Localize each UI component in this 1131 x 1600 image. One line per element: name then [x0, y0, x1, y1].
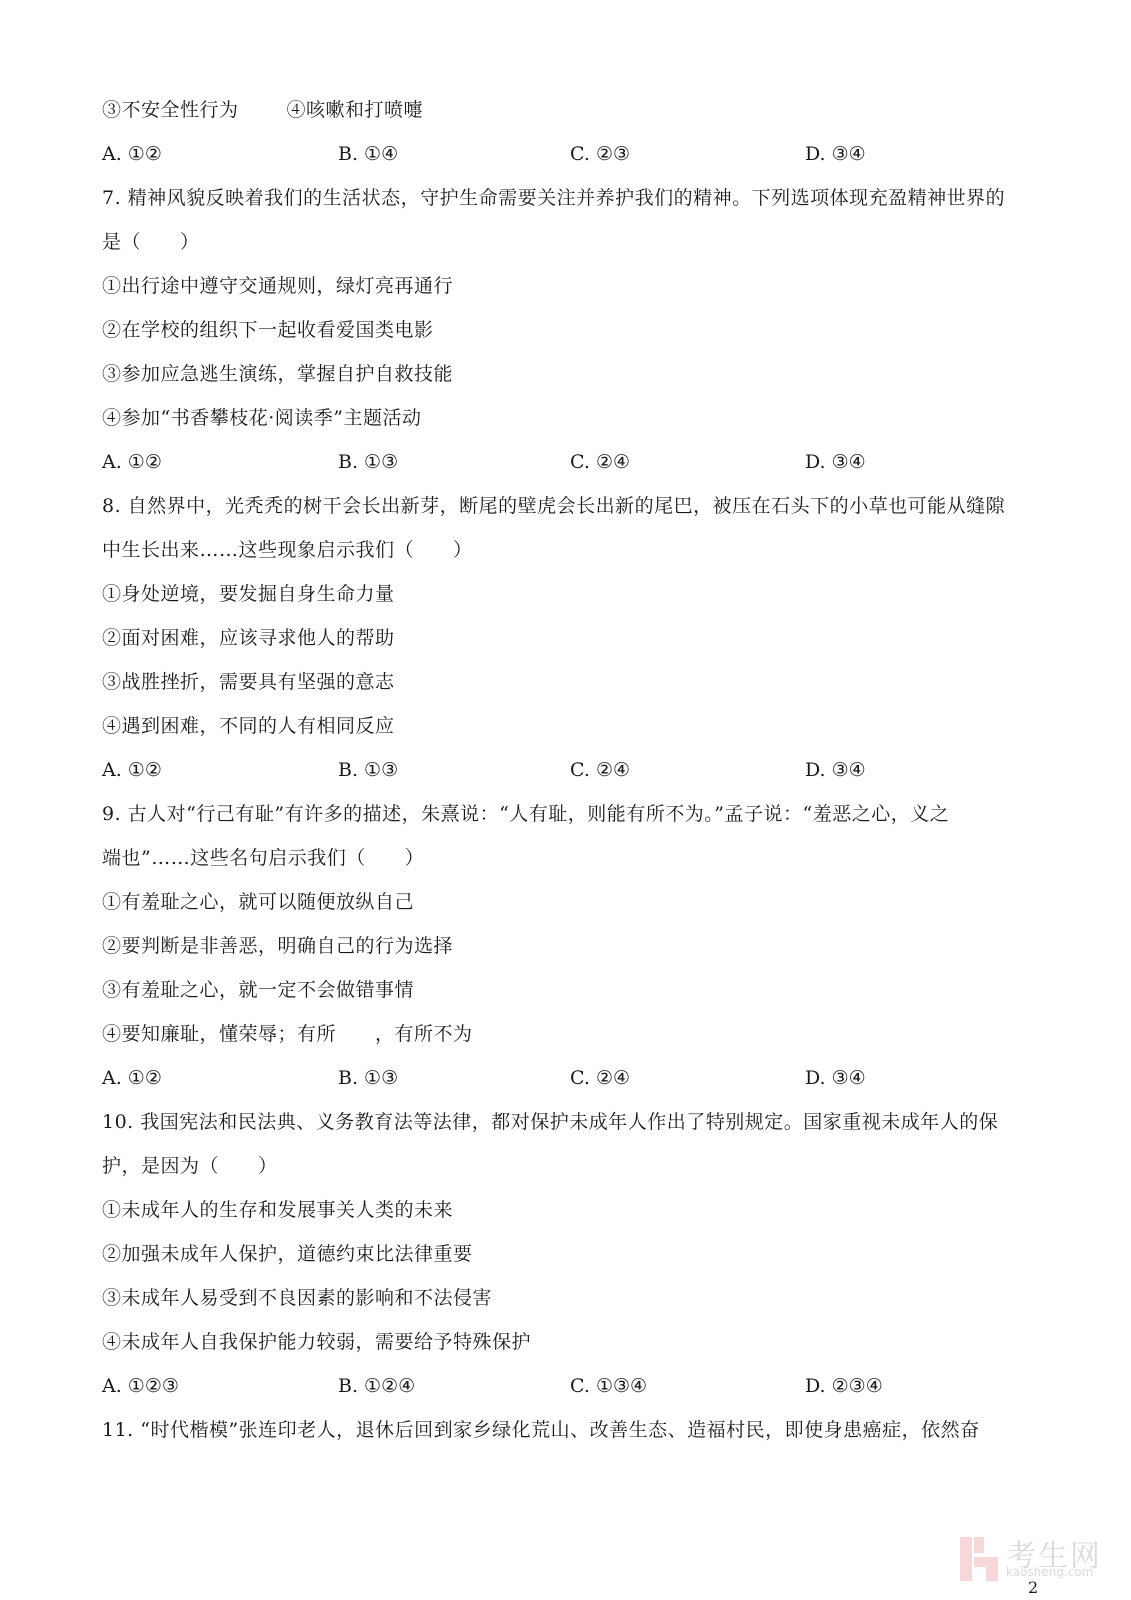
option-b: B. ①③ [338, 758, 398, 782]
question-7-stem: 7. 精神风貌反映着我们的生活状态，守护生命需要关注并养护我们的精神。下列选项体… [102, 186, 1005, 210]
statement-line: ③战胜挫折，需要具有坚强的意志 [102, 670, 395, 694]
statement-line: ①未成年人的生存和发展事关人类的未来 [102, 1198, 453, 1222]
statement-3: ③不安全性行为 [102, 99, 239, 121]
statement-line: ③不安全性行为④咳嗽和打喷嚏 [102, 98, 423, 122]
page-number: 2 [1028, 1578, 1038, 1597]
statement-line: ④要知廉耻，懂荣辱；有所 ，有所不为 [102, 1022, 473, 1046]
option-a: A. ①② [102, 450, 162, 474]
question-7-stem-cont: 是（ ） [102, 230, 200, 254]
option-d: D. ②③④ [805, 1374, 883, 1398]
answer-options-q7: A. ①② B. ①③ C. ②④ D. ③④ [102, 450, 1042, 474]
question-8-stem-cont: 中生长出来……这些现象启示我们（ ） [102, 538, 473, 562]
option-a: A. ①② [102, 758, 162, 782]
statement-line: ②面对困难，应该寻求他人的帮助 [102, 626, 395, 650]
option-a: A. ①②③ [102, 1374, 179, 1398]
statement-line: ④遇到困难，不同的人有相同反应 [102, 714, 395, 738]
exam-page: ③不安全性行为④咳嗽和打喷嚏 A. ①② B. ①④ C. ②③ D. ③④ 7… [0, 0, 1131, 1600]
option-a: A. ①② [102, 142, 162, 166]
option-c: C. ①③④ [570, 1374, 647, 1398]
question-10-stem: 10. 我国宪法和民法典、义务教育法等法律，都对保护未成年人作出了特别规定。国家… [102, 1110, 998, 1134]
option-b: B. ①②④ [338, 1374, 415, 1398]
option-c: C. ②④ [570, 1066, 630, 1090]
option-d: D. ③④ [805, 1066, 866, 1090]
statement-line: ④参加“书香攀枝花·阅读季”主题活动 [102, 406, 421, 430]
question-9-stem: 9. 古人对“行己有耻”有许多的描述，朱熹说：“人有耻，则能有所不为。”孟子说：… [102, 802, 949, 826]
option-c: C. ②③ [570, 142, 630, 166]
statement-line: ②加强未成年人保护，道德约束比法律重要 [102, 1242, 473, 1266]
statement-line: ③未成年人易受到不良因素的影响和不法侵害 [102, 1286, 492, 1310]
option-d: D. ③④ [805, 142, 866, 166]
watermark-en: kaosheng.com [1006, 1565, 1093, 1579]
question-10-stem-cont: 护，是因为（ ） [102, 1154, 278, 1178]
question-11-stem: 11. “时代楷模”张连印老人，退休后回到家乡绿化荒山、改善生态、造福村民，即使… [102, 1418, 980, 1442]
answer-options-q10: A. ①②③ B. ①②④ C. ①③④ D. ②③④ [102, 1374, 1042, 1398]
option-d: D. ③④ [805, 450, 866, 474]
answer-options-q8: A. ①② B. ①③ C. ②④ D. ③④ [102, 758, 1042, 782]
question-8-stem: 8. 自然界中，光秃秃的树干会长出新芽，断尾的壁虎会长出新的尾巴，被压在石头下的… [102, 494, 1005, 518]
statement-4: ④咳嗽和打喷嚏 [287, 99, 424, 121]
answer-options-q9: A. ①② B. ①③ C. ②④ D. ③④ [102, 1066, 1042, 1090]
kaosheng-watermark: 考生网 kaosheng.com [960, 1535, 1120, 1583]
option-a: A. ①② [102, 1066, 162, 1090]
option-c: C. ②④ [570, 450, 630, 474]
statement-line: ③有羞耻之心，就一定不会做错事情 [102, 978, 414, 1002]
option-c: C. ②④ [570, 758, 630, 782]
kaosheng-logo-icon [960, 1537, 998, 1581]
answer-options-q6: A. ①② B. ①④ C. ②③ D. ③④ [102, 142, 1042, 166]
statement-line: ①身处逆境，要发掘自身生命力量 [102, 582, 395, 606]
statement-line: ②在学校的组织下一起收看爱国类电影 [102, 318, 434, 342]
option-b: B. ①④ [338, 142, 398, 166]
statement-line: ③参加应急逃生演练，掌握自护自救技能 [102, 362, 453, 386]
statement-line: ①出行途中遵守交通规则，绿灯亮再通行 [102, 274, 453, 298]
question-9-stem-cont: 端也”……这些名句启示我们（ ） [102, 846, 424, 870]
option-d: D. ③④ [805, 758, 866, 782]
statement-line: ②要判断是非善恶，明确自己的行为选择 [102, 934, 453, 958]
option-b: B. ①③ [338, 450, 398, 474]
statement-line: ①有羞耻之心，就可以随便放纵自己 [102, 890, 414, 914]
option-b: B. ①③ [338, 1066, 398, 1090]
statement-line: ④未成年人自我保护能力较弱，需要给予特殊保护 [102, 1330, 531, 1354]
